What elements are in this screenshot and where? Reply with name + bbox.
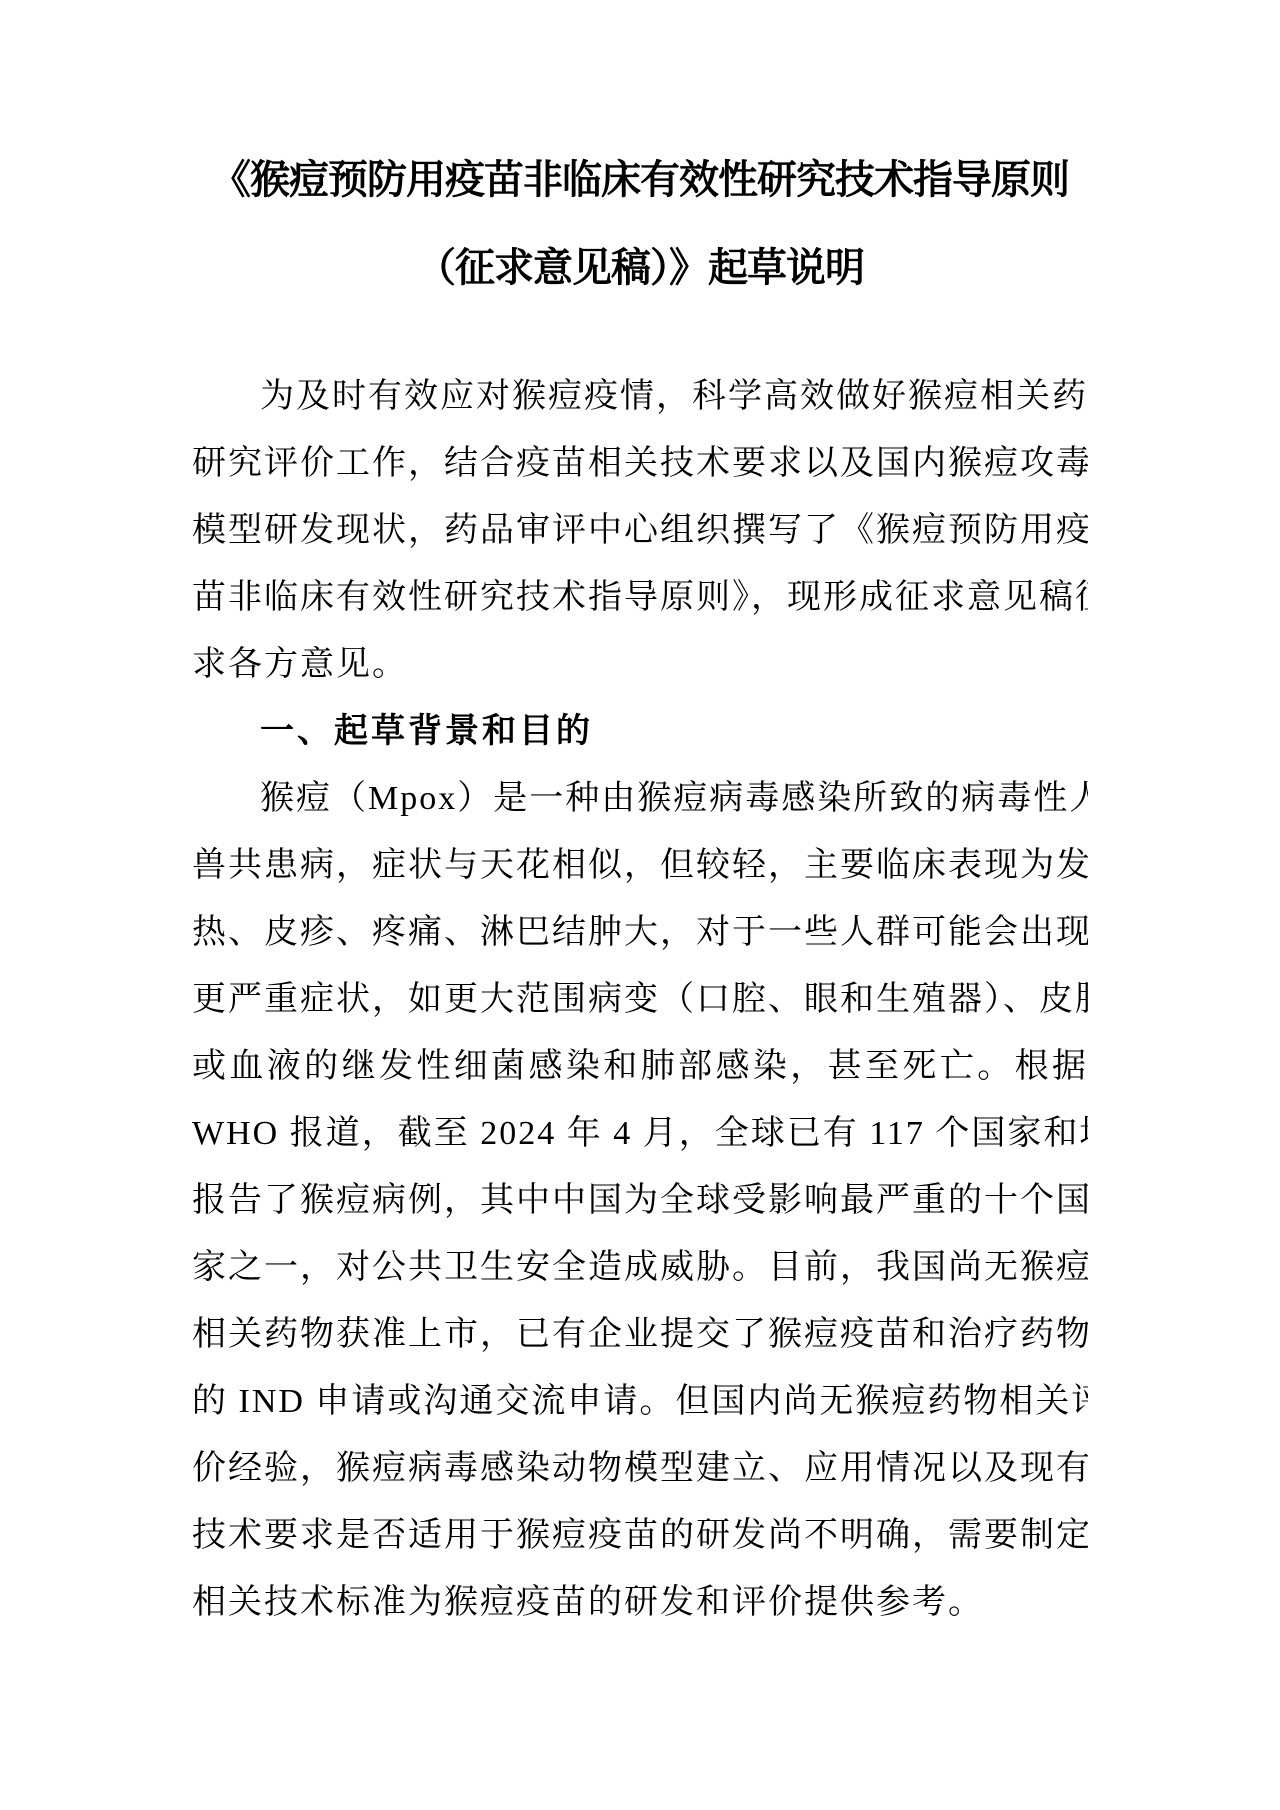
text-line: 猴痘（Mpox）是一种由猴痘病毒感染所致的病毒性人 bbox=[192, 765, 1088, 832]
document-title-line-1: 《猴痘预防用疫苗非临床有效性研究技术指导原则 bbox=[192, 136, 1088, 224]
text-line: 技术要求是否适用于猴痘疫苗的研发尚不明确，需要制定 bbox=[192, 1502, 1088, 1569]
text-line: 的 IND 申请或沟通交流申请。但国内尚无猴痘药物相关评 bbox=[192, 1368, 1088, 1435]
text-line: 为及时有效应对猴痘疫情，科学高效做好猴痘相关药物 bbox=[192, 363, 1088, 430]
text-line: 报告了猴痘病例，其中中国为全球受影响最严重的十个国 bbox=[192, 1167, 1088, 1234]
document-title-line-2: （征求意见稿）》起草说明 bbox=[192, 224, 1088, 312]
document-body: 为及时有效应对猴痘疫情，科学高效做好猴痘相关药物 研究评价工作，结合疫苗相关技术… bbox=[192, 363, 1088, 1636]
text-line: 研究评价工作，结合疫苗相关技术要求以及国内猴痘攻毒 bbox=[192, 430, 1088, 497]
text-line: 价经验，猴痘病毒感染动物模型建立、应用情况以及现有 bbox=[192, 1435, 1088, 1502]
background-paragraph: 猴痘（Mpox）是一种由猴痘病毒感染所致的病毒性人 兽共患病，症状与天花相似，但… bbox=[192, 765, 1088, 1636]
section-heading: 一、起草背景和目的 bbox=[192, 698, 1088, 765]
text-line: 相关药物获准上市，已有企业提交了猴痘疫苗和治疗药物 bbox=[192, 1301, 1088, 1368]
text-line: 或血液的继发性细菌感染和肺部感染，甚至死亡。根据 bbox=[192, 1033, 1088, 1100]
text-line: 苗非临床有效性研究技术指导原则》，现形成征求意见稿征 bbox=[192, 564, 1088, 631]
intro-paragraph: 为及时有效应对猴痘疫情，科学高效做好猴痘相关药物 研究评价工作，结合疫苗相关技术… bbox=[192, 363, 1088, 698]
text-line: 求各方意见。 bbox=[192, 631, 1088, 698]
document-title: 《猴痘预防用疫苗非临床有效性研究技术指导原则 （征求意见稿）》起草说明 bbox=[192, 136, 1088, 312]
text-line: WHO 报道，截至 2024 年 4 月，全球已有 117 个国家和地区 bbox=[192, 1100, 1088, 1167]
text-line: 相关技术标准为猴痘疫苗的研发和评价提供参考。 bbox=[192, 1569, 1088, 1636]
text-line: 家之一，对公共卫生安全造成威胁。目前，我国尚无猴痘 bbox=[192, 1234, 1088, 1301]
text-line: 兽共患病，症状与天花相似，但较轻，主要临床表现为发 bbox=[192, 832, 1088, 899]
document-page: 《猴痘预防用疫苗非临床有效性研究技术指导原则 （征求意见稿）》起草说明 为及时有… bbox=[0, 0, 1280, 1810]
text-line: 模型研发现状，药品审评中心组织撰写了《猴痘预防用疫 bbox=[192, 497, 1088, 564]
text-line: 热、皮疹、疼痛、淋巴结肿大，对于一些人群可能会出现 bbox=[192, 899, 1088, 966]
text-line: 更严重症状，如更大范围病变（口腔、眼和生殖器）、皮肤 bbox=[192, 966, 1088, 1033]
